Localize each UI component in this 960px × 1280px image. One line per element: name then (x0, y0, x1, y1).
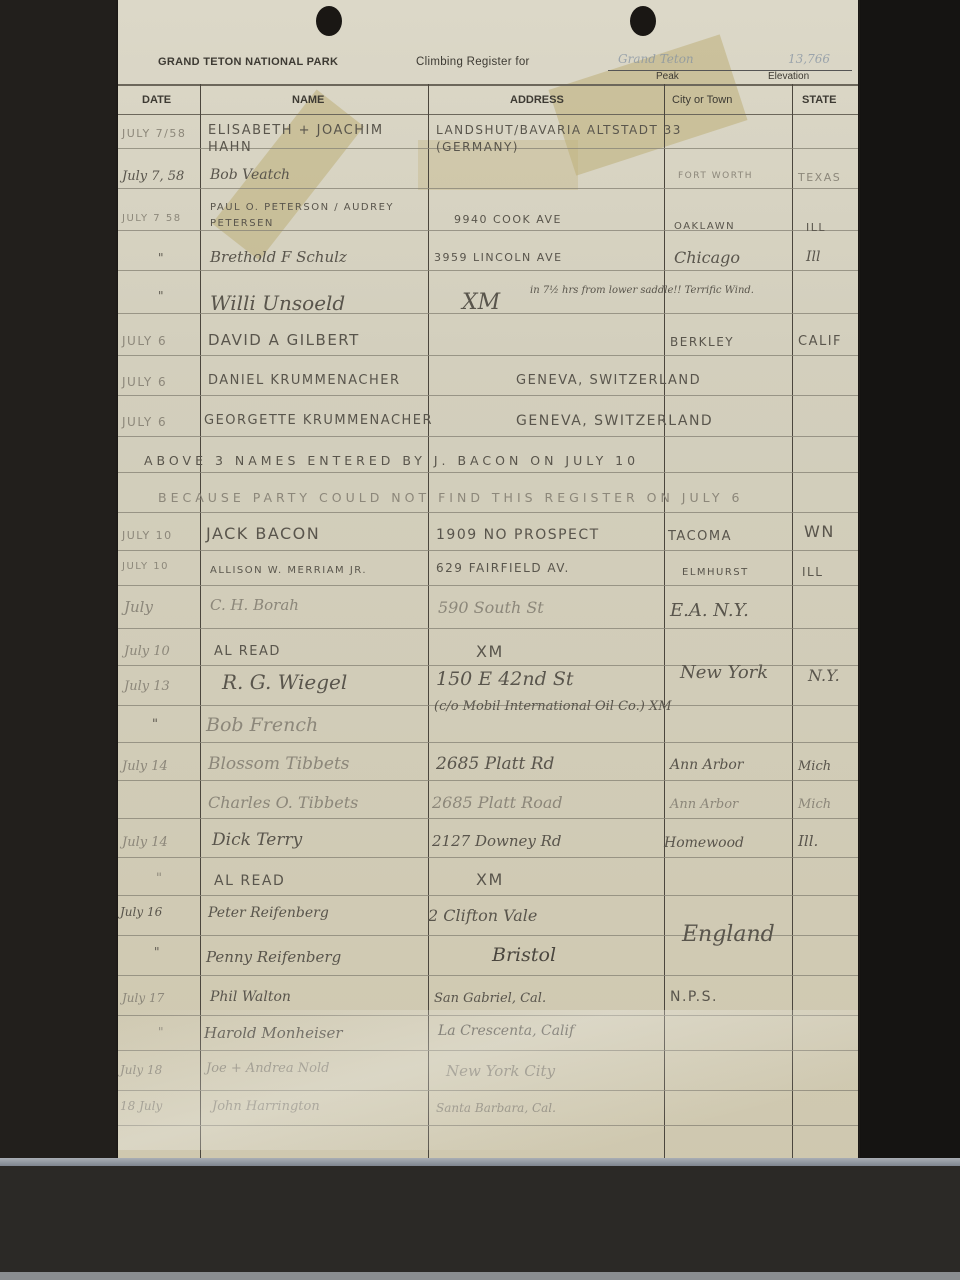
entry-name: C. H. Borah (210, 598, 299, 613)
ruled-line (118, 472, 858, 473)
entry-address: Bristol (492, 946, 556, 965)
entry-city: OAKLAWN (674, 222, 735, 232)
ruled-line (118, 742, 858, 743)
entry-date: July (124, 600, 153, 615)
park-title: GRAND TETON NATIONAL PARK (158, 56, 338, 68)
entry-address: 1909 NO PROSPECT (436, 528, 600, 542)
entry-name: Phil Walton (210, 990, 291, 1004)
entry-address: 2685 Platt Road (432, 795, 563, 811)
entry-state: Ill. (798, 834, 818, 849)
entry-date: JULY 7/58 (122, 128, 186, 139)
entry-date: July 7, 58 (122, 170, 184, 183)
entry-address: XM (462, 292, 500, 314)
display-board (0, 1166, 960, 1272)
entry-name: GEORGETTE KRUMMENACHER (204, 414, 433, 427)
bottom-edge (0, 1272, 960, 1280)
entry-state: Ill (806, 250, 821, 264)
binder-hole-right (630, 6, 656, 36)
entry-city: Chicago (674, 250, 740, 266)
entry-date: " (154, 946, 160, 958)
note-line: BECAUSE PARTY COULD NOT FIND THIS REGIST… (158, 492, 744, 505)
entry-date: July 14 (122, 836, 168, 849)
note-line: ABOVE 3 NAMES ENTERED BY J. BACON ON JUL… (144, 455, 639, 468)
entry-address: XM (476, 872, 504, 888)
entry-name: Blossom Tibbets (208, 756, 350, 773)
elevation-label: Elevation (768, 71, 809, 82)
entry-address: (c/o Mobil International Oil Co.) XM (434, 700, 672, 713)
entry-city: England (682, 924, 775, 946)
entry-city: Ann Arbor (670, 798, 738, 811)
entry-address: 3959 LINCOLN AVE (434, 252, 563, 263)
entry-address: GENEVA, SWITZERLAND (516, 414, 713, 428)
entry-state: Mich (798, 798, 831, 811)
register-title: Climbing Register for (416, 56, 530, 68)
entry-name: Bob French (206, 716, 318, 735)
column-header-city: City or Town (672, 94, 732, 106)
ruled-line (118, 780, 858, 781)
entry-name: Dick Terry (212, 832, 302, 849)
entry-note: in 7½ hrs from lower saddle!! Terrific W… (530, 284, 850, 298)
entry-address: 2127 Downey Rd (432, 834, 562, 849)
ruled-line (118, 857, 858, 858)
peak-value: Grand Teton (618, 52, 694, 66)
entry-date: JULY 6 (122, 376, 167, 388)
entry-name: ELISABETH + JOACHIM HAHN (208, 122, 423, 156)
entry-name: ALLISON W. MERRIAM JR. (210, 566, 367, 576)
register-sheet: GRAND TETON NATIONAL PARK Climbing Regis… (118, 0, 858, 1168)
entry-date: JULY 10 (122, 562, 169, 572)
entry-date: " (152, 718, 158, 731)
column-divider (200, 84, 201, 1168)
entry-name: AL READ (214, 645, 281, 658)
entry-name: Penny Reifenberg (206, 950, 341, 965)
entry-date: July 17 (122, 992, 164, 1004)
ruled-line (118, 395, 858, 396)
ruled-line (118, 585, 858, 586)
form-title: GRAND TETON NATIONAL PARK Climbing Regis… (158, 52, 848, 72)
ruled-line (118, 818, 858, 819)
entry-address: 590 South St (438, 600, 544, 616)
entry-date: July 13 (124, 680, 170, 693)
entry-name: Bob Veatch (210, 168, 290, 182)
entry-name: DAVID A GILBERT (208, 333, 360, 348)
entry-date: July 16 (120, 906, 162, 918)
header-bottom-rule (118, 114, 858, 115)
column-header-name: NAME (292, 94, 324, 106)
entry-date: " (158, 252, 164, 264)
entry-address: XM (476, 644, 504, 660)
ruled-line (118, 188, 858, 189)
ruled-line (118, 550, 858, 551)
display-ledge (0, 1158, 960, 1166)
entry-address: GENEVA, SWITZERLAND (516, 374, 701, 387)
peak-underline (608, 70, 768, 71)
ruled-line (118, 270, 858, 271)
entry-city: BERKLEY (670, 336, 734, 348)
entry-date: JULY 6 (122, 416, 167, 428)
entry-state: CALIF (798, 335, 842, 348)
entry-name: JACK BACON (206, 526, 320, 542)
paper-crease (118, 1010, 858, 1150)
column-divider (664, 84, 665, 1168)
entry-state: Mich (798, 760, 831, 773)
entry-name: Willi Unsoeld (210, 293, 345, 313)
entry-date: July 10 (124, 645, 170, 658)
entry-date: July 14 (122, 760, 168, 773)
ruled-line (118, 512, 858, 513)
entry-name: AL READ (214, 874, 285, 888)
entry-city: Ann Arbor (670, 758, 743, 772)
entry-address: 629 FAIRFIELD AV. (436, 562, 570, 574)
entry-city: E.A. N.Y. (670, 602, 749, 620)
entry-name: DANIEL KRUMMENACHER (208, 374, 401, 387)
entry-address: San Gabriel, Cal. (434, 992, 546, 1005)
column-divider (792, 84, 793, 1168)
entry-address: LANDSHUT/BAVARIA ALTSTADT 33 (GERMANY) (436, 122, 736, 156)
entry-state: TEXAS (798, 172, 841, 183)
entry-date: " (158, 290, 164, 302)
entry-state: ILL (802, 566, 823, 578)
entry-date: JULY 6 (122, 335, 167, 347)
column-divider (428, 84, 429, 1168)
ruled-line (118, 355, 858, 356)
entry-name: Charles O. Tibbets (208, 795, 358, 811)
entry-date: JULY 7 58 (122, 214, 182, 224)
entry-city: N.P.S. (670, 990, 718, 1004)
entry-address: 2 Clifton Vale (428, 908, 537, 924)
entry-city: FORT WORTH (678, 172, 753, 181)
entry-state: ILL (806, 222, 826, 233)
peak-label: Peak (656, 71, 679, 82)
entry-date: JULY 10 (122, 530, 173, 541)
ruled-line (118, 895, 858, 896)
column-header-address: ADDRESS (510, 94, 564, 106)
column-header-date: DATE (142, 94, 171, 106)
background-right (860, 0, 960, 1165)
entry-address: 2685 Platt Rd (436, 756, 554, 773)
elevation-value: 13,766 (788, 52, 830, 66)
entry-city: New York (680, 664, 768, 682)
entry-name: Peter Reifenberg (208, 906, 329, 920)
binder-hole-left (316, 6, 342, 36)
entry-city: ELMHURST (682, 568, 749, 578)
entry-name: PAUL O. PETERSON / AUDREY PETERSEN (210, 200, 425, 232)
header-rule (118, 84, 858, 86)
column-header-state: STATE (802, 94, 836, 106)
entry-date: " (156, 872, 162, 885)
ruled-line (118, 628, 858, 629)
entry-name: R. G. Wiegel (222, 672, 347, 692)
entry-name: Brethold F Schulz (210, 250, 347, 265)
entry-address: 150 E 42nd St (436, 670, 573, 689)
entry-city: TACOMA (668, 530, 732, 543)
entry-city: Homewood (664, 836, 744, 850)
ruled-line (118, 975, 858, 976)
ruled-line (118, 436, 858, 437)
entry-state: WN (804, 524, 835, 540)
entry-state: N.Y. (808, 668, 840, 684)
entry-address: 9940 COOK AVE (454, 214, 562, 225)
